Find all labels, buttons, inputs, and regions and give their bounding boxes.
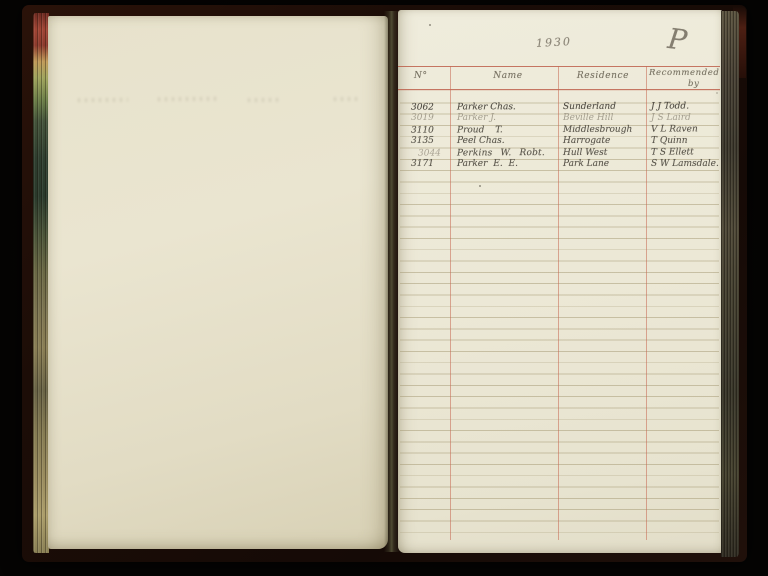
entry-name: Parker Chas.: [457, 102, 557, 112]
page-edges-right: [721, 11, 739, 557]
entry-recommended-by: J S Laird: [651, 113, 721, 123]
entry-number: 3171: [411, 159, 449, 169]
ink-offset-smudge: [78, 98, 128, 103]
column-header-recommended: Recommended: [649, 68, 719, 78]
ink-offset-smudge: [158, 97, 218, 102]
ink-offset-smudge: [248, 98, 278, 102]
index-letter: P: [666, 22, 689, 57]
entry-recommended-by: T S Ellett: [651, 147, 721, 157]
header-rule-top: [398, 66, 720, 67]
entry-residence: Hull West: [563, 147, 645, 157]
entry-recommended-by: J J Todd.: [651, 101, 721, 111]
ledger-row: 3019 Parker J. Beville Hill J S Laird: [398, 113, 722, 124]
column-header-no: N°: [414, 71, 428, 81]
entry-number: 3110: [411, 125, 449, 135]
entry-name: Perkins W. Robt.: [457, 148, 557, 158]
ledger-row: 3044 Perkins W. Robt. Hull West T S Elle…: [398, 147, 722, 159]
paper-speck: [716, 92, 718, 94]
ledger-row: 3110 Proud T. Middlesbrough V L Raven: [398, 124, 722, 136]
entry-residence: Middlesbrough: [563, 124, 645, 134]
entry-residence: Harrogate: [563, 136, 645, 146]
entry-recommended-by: V L Raven: [651, 124, 721, 134]
year-heading: 1930: [536, 35, 573, 50]
entry-residence: Park Lane: [563, 159, 645, 169]
entry-name: Proud T.: [457, 125, 557, 135]
entry-number: 3044: [411, 148, 456, 158]
header-rule-bottom: [398, 89, 720, 90]
entry-number: 3019: [411, 113, 449, 123]
ledger-photo: 1930 P N° Name Residence Recommended by …: [0, 0, 768, 576]
ledger-row: 3062 Parker Chas. Sunderland J J Todd.: [398, 101, 722, 113]
entry-recommended-by: S W Lamsdale.: [651, 159, 721, 169]
ledger-row: 3135 Peel Chas. Harrogate T Quinn: [398, 136, 722, 147]
entry-name: Parker E. E.: [457, 159, 557, 169]
ink-offset-smudge: [334, 97, 360, 101]
entry-number: 3062: [411, 102, 449, 112]
entry-residence: Sunderland: [563, 102, 645, 112]
column-header-recommended-by: by: [688, 79, 699, 89]
paper-speck: [479, 185, 481, 187]
entry-name: Peel Chas.: [457, 136, 557, 146]
column-header-name: Name: [468, 71, 548, 81]
entry-recommended-by: T Quinn: [651, 136, 721, 146]
left-blank-page: [48, 16, 388, 549]
ledger-row: 3171 Parker E. E. Park Lane S W Lamsdale…: [398, 159, 722, 170]
column-header-residence: Residence: [564, 71, 642, 81]
entry-residence: Beville Hill: [563, 113, 645, 123]
entry-name: Parker J.: [457, 113, 557, 123]
marbled-page-edges-left: [33, 13, 49, 553]
paper-speck: [429, 24, 431, 26]
right-ledger-page: 1930 P N° Name Residence Recommended by …: [398, 10, 722, 553]
entry-number: 3135: [411, 136, 449, 146]
book-gutter: [384, 11, 400, 552]
